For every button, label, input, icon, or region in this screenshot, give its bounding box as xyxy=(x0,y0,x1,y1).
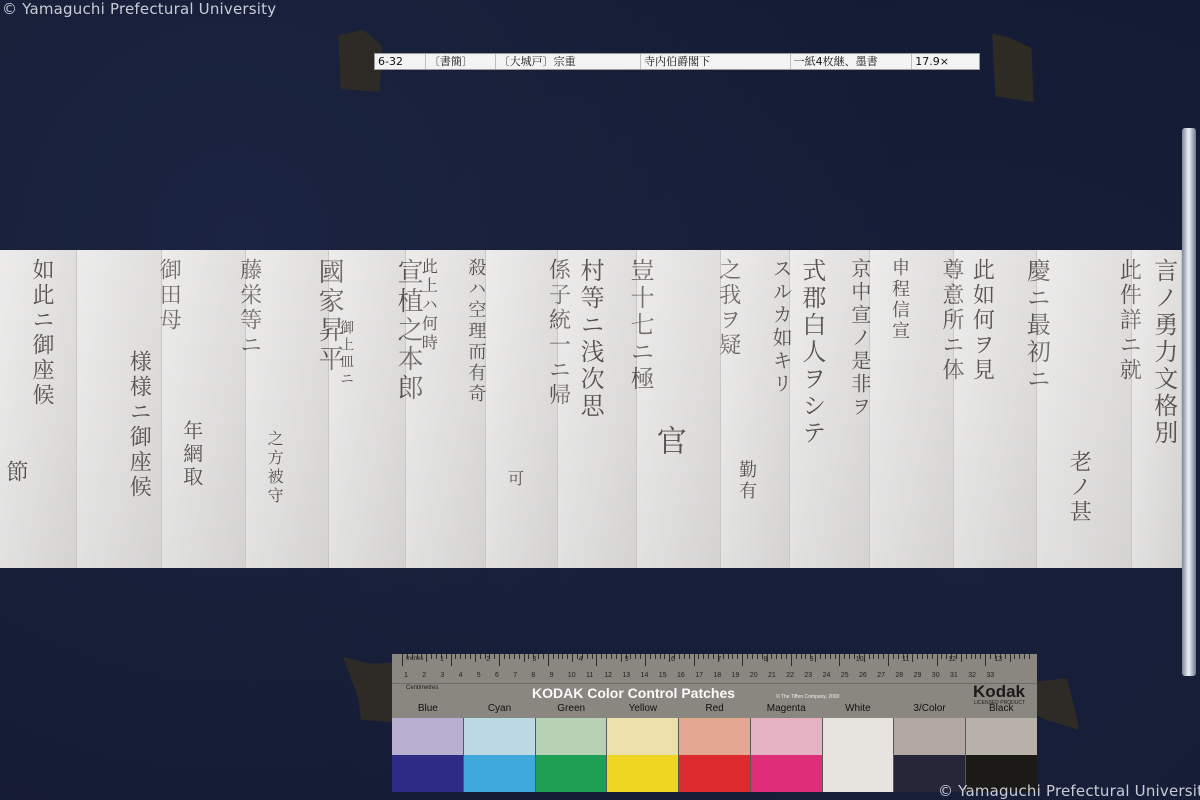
ruler-inch-number: 6 xyxy=(671,656,675,663)
ruler-tick xyxy=(694,654,695,666)
ruler-cm-number: 16 xyxy=(677,672,685,679)
patch-light xyxy=(894,718,965,755)
ruler-tick xyxy=(543,654,544,659)
ruler-tick xyxy=(975,654,976,659)
ruler-inch-number: 3 xyxy=(532,656,536,663)
patch-dark xyxy=(392,755,463,792)
ruler-cm-number: 33 xyxy=(986,672,994,679)
catalog-author: 〔大城戸〕宗重 xyxy=(495,54,641,69)
ruler-tick xyxy=(820,654,821,659)
ruler-tick xyxy=(898,654,899,659)
ruler-tick xyxy=(732,654,733,659)
ruler-cm-number: 11 xyxy=(586,672,593,679)
ruler-tick xyxy=(524,654,525,662)
scroll-panel: 御田母様様ニ御座候 xyxy=(77,250,161,568)
ruler-cm-number: 24 xyxy=(823,672,831,679)
scroll-panel: 如此ニ御座候節 xyxy=(0,250,77,568)
ruler-tick xyxy=(791,654,792,666)
patch-yellow xyxy=(606,718,678,792)
ruler-tick xyxy=(601,654,602,659)
ruler-tick xyxy=(839,654,840,666)
ruler-inch-number: 1 xyxy=(440,656,444,663)
ruler-tick xyxy=(616,654,617,659)
patch-black xyxy=(965,718,1037,792)
chart-copyright: © The Tiffen Company, 2000 xyxy=(776,694,839,700)
patch-dark xyxy=(751,755,822,792)
ruler-cm-number: 32 xyxy=(968,672,976,679)
ruler-inch-number: 13 xyxy=(994,656,1002,663)
scroll-panel: 殺ハ空理而有奇此上ハ何時 xyxy=(406,250,486,568)
ruler-tick xyxy=(835,654,836,659)
ruler-tick xyxy=(825,654,826,659)
ruler-tick xyxy=(480,654,481,659)
ruler-tick xyxy=(786,654,787,659)
ruler-tick xyxy=(514,654,515,659)
ruler-tick xyxy=(888,654,889,666)
ruler-tick xyxy=(504,654,505,659)
ruler-tick xyxy=(684,654,685,659)
ruler-tick xyxy=(499,654,500,666)
ruler-tick xyxy=(528,654,529,659)
calligraphy-letter-scroll: 如此ニ御座候節御田母様様ニ御座候藤栄等ニ年網取國家昇平之方被守宣植之本郎御上皿ニ… xyxy=(0,250,1182,568)
ruler-tick xyxy=(698,654,699,659)
ruler-tick xyxy=(737,654,738,659)
ruler-cm-number: 17 xyxy=(695,672,703,679)
ruler-tick xyxy=(645,654,646,666)
ruler-tick xyxy=(402,654,403,666)
ruler-tick xyxy=(664,654,665,659)
ruler-tick xyxy=(548,654,549,666)
ruler-tick xyxy=(650,654,651,659)
ruler-tick xyxy=(587,654,588,659)
calligraphy-column: スルカ如キリ xyxy=(771,258,791,396)
ruler-tick xyxy=(660,654,661,659)
ruler-cm-number: 10 xyxy=(568,672,576,679)
patch-label: Red xyxy=(679,703,751,717)
ruler-tick xyxy=(1014,654,1015,659)
ruler-tick xyxy=(849,654,850,659)
ruler-cm-label: Centimetres xyxy=(406,685,438,691)
patch-3-color xyxy=(893,718,965,792)
ruler-tick xyxy=(723,654,724,659)
ruler-tick xyxy=(869,654,870,659)
ruler-tick xyxy=(655,654,656,659)
calligraphy-column: 官 xyxy=(653,425,683,458)
catalog-dimensions: 17.9× xyxy=(911,54,979,69)
kodak-color-chart: Inches Centimetres 123456789101112131234… xyxy=(392,654,1037,792)
ruler-tick xyxy=(460,654,461,659)
ruler-cm-number: 23 xyxy=(804,672,812,679)
ruler-tick xyxy=(830,654,831,659)
ruler-inch-number: 10 xyxy=(856,656,864,663)
patch-label: Green xyxy=(535,703,607,717)
calligraphy-column: 老ノ甚 xyxy=(1067,450,1089,525)
patch-light xyxy=(966,718,1037,755)
patch-white xyxy=(822,718,894,792)
calligraphy-column: 如此ニ御座候 xyxy=(30,258,52,408)
patch-light xyxy=(392,718,463,755)
ruler-tick xyxy=(509,654,510,659)
scroll-panel: 此件詳ニ就老ノ甚 xyxy=(1037,250,1131,568)
calligraphy-column: 勤有 xyxy=(737,460,755,502)
ruler-tick xyxy=(980,654,981,659)
patch-dark xyxy=(607,755,678,792)
calligraphy-column: 可 xyxy=(506,470,522,489)
kodak-logo: Kodak xyxy=(973,682,1025,702)
scroll-panel: 藤栄等ニ年網取 xyxy=(162,250,246,568)
ruler-cm-number: 20 xyxy=(750,672,758,679)
ruler-tick xyxy=(1019,654,1020,659)
ruler-cm-number: 30 xyxy=(932,672,940,679)
ruler-cm-number: 27 xyxy=(877,672,885,679)
ruler-inch-number: 9 xyxy=(810,656,814,663)
patch-light xyxy=(751,718,822,755)
ruler-tick xyxy=(961,654,962,662)
ruler-tick xyxy=(611,654,612,659)
patch-red xyxy=(678,718,750,792)
ruler-tick xyxy=(912,654,913,662)
ruler-tick xyxy=(781,654,782,659)
ruler-tick xyxy=(679,654,680,659)
ruler-tick xyxy=(421,654,422,659)
ruler-inch-number: 8 xyxy=(763,656,767,663)
ruler-tick xyxy=(1010,654,1011,662)
ruler-tick xyxy=(630,654,631,659)
scroll-panel: 京中宣ノ是非ヲ式郡白人ヲシテ xyxy=(790,250,870,568)
catalog-type: 〔書簡〕 xyxy=(425,54,495,69)
ruler-tick xyxy=(878,654,879,659)
ruler-cm-number: 8 xyxy=(531,672,535,679)
ruler-tick xyxy=(567,654,568,659)
calligraphy-column: 申程信宣 xyxy=(890,258,908,342)
ruler-inch-number: 7 xyxy=(717,656,721,663)
ruler-tick xyxy=(436,654,437,659)
patch-dark xyxy=(679,755,750,792)
scroll-rod xyxy=(1182,128,1196,676)
ruler-tick xyxy=(713,654,714,659)
patch-green xyxy=(535,718,607,792)
ruler-tick xyxy=(966,654,967,659)
ruler-tick xyxy=(519,654,520,659)
ruler-cm-number: 31 xyxy=(950,672,958,679)
scroll-panel: スルカ如キリ勤有 xyxy=(721,250,790,568)
calligraphy-column: 此如何ヲ見 xyxy=(970,258,992,383)
ruler-inch-number: 2 xyxy=(486,656,490,663)
catalog-id: 6-32 xyxy=(375,54,425,69)
ruler-tick xyxy=(689,654,690,659)
patch-label: Magenta xyxy=(750,703,822,717)
patch-dark xyxy=(536,755,607,792)
ruler-tick xyxy=(606,654,607,659)
ruler-tick xyxy=(455,654,456,659)
ruler-tick xyxy=(805,654,806,659)
tape-top-right xyxy=(990,30,1036,102)
patch-light xyxy=(464,718,535,755)
calligraphy-column: 節 xyxy=(4,460,26,485)
ruler-tick xyxy=(742,654,743,666)
ruler-tick xyxy=(985,654,986,666)
ruler-cm-number: 29 xyxy=(914,672,922,679)
ruler-tick xyxy=(941,654,942,659)
catalog-recipient: 寺内伯爵閣下 xyxy=(640,54,790,69)
ruler-cm-number: 12 xyxy=(604,672,612,679)
patch-light xyxy=(536,718,607,755)
ruler-tick xyxy=(796,654,797,659)
ruler-cm-number: 28 xyxy=(895,672,903,679)
ruler-tick xyxy=(572,654,573,662)
ruler-tick xyxy=(937,654,938,666)
ruler-cm-number: 25 xyxy=(841,672,849,679)
calligraphy-column: 殺ハ空理而有奇 xyxy=(466,258,484,405)
scroll-panel: 言ノ勇力文格別 xyxy=(1132,250,1182,568)
ruler-tick xyxy=(562,654,563,659)
ruler-cm-number: 9 xyxy=(550,672,554,679)
scroll-panel: 官之我ヲ疑 xyxy=(637,250,721,568)
scroll-panel: 慶ニ最初ニ此如何ヲ見 xyxy=(954,250,1037,568)
ruler-tick xyxy=(553,654,554,659)
catalog-label-strip: 6-32 〔書簡〕 〔大城戸〕宗重 寺内伯爵閣下 一紙4枚継、墨書 17.9× xyxy=(374,53,980,70)
ruler-tick xyxy=(470,654,471,659)
ruler-tick xyxy=(771,654,772,659)
ruler-cm-number: 2 xyxy=(422,672,426,679)
calligraphy-column: 村等ニ浅次思 xyxy=(578,258,602,420)
ruler-tick xyxy=(757,654,758,659)
calligraphy-column: 様様ニ御座候 xyxy=(127,350,149,500)
ruler-tick xyxy=(956,654,957,659)
ruler-tick xyxy=(752,654,753,659)
ruler-cm-number: 3 xyxy=(440,672,444,679)
ruler-tick xyxy=(592,654,593,659)
copyright-watermark-top: © Yamaguchi Prefectural University xyxy=(2,0,276,18)
ruler: Inches Centimetres 123456789101112131234… xyxy=(392,654,1037,684)
ruler-tick xyxy=(475,654,476,662)
ruler-tick xyxy=(407,654,408,659)
patch-label: Black xyxy=(965,703,1037,717)
ruler-tick xyxy=(558,654,559,659)
ruler-tick xyxy=(844,654,845,659)
patch-cyan xyxy=(463,718,535,792)
scroll-panel: 豈十七ニ極村等ニ浅次思 xyxy=(558,250,637,568)
patch-light xyxy=(679,718,750,755)
ruler-tick xyxy=(451,654,452,666)
ruler-cm-number: 26 xyxy=(859,672,867,679)
ruler-cm-number: 6 xyxy=(495,672,499,679)
ruler-tick xyxy=(728,654,729,659)
calligraphy-column: 御上皿ニ xyxy=(339,320,353,388)
ruler-tick xyxy=(1029,654,1030,659)
ruler-tick xyxy=(538,654,539,659)
calligraphy-column: 言ノ勇力文格別 xyxy=(1152,258,1176,447)
ruler-cm-number: 15 xyxy=(659,672,667,679)
ruler-tick xyxy=(431,654,432,659)
ruler-tick xyxy=(776,654,777,659)
ruler-inch-number: 5 xyxy=(625,656,629,663)
ruler-tick xyxy=(922,654,923,659)
ruler-inch-number: 11 xyxy=(902,656,909,663)
ruler-tick xyxy=(801,654,802,659)
ruler-cm-number: 19 xyxy=(732,672,740,679)
ruler-tick xyxy=(864,654,865,662)
ruler-tick xyxy=(932,654,933,659)
patch-light xyxy=(823,718,894,755)
ruler-tick xyxy=(815,654,816,662)
ruler-tick xyxy=(635,654,636,659)
chart-title: KODAK Color Control Patches xyxy=(532,685,735,701)
copyright-watermark-bottom: © Yamaguchi Prefectural University xyxy=(938,782,1200,800)
ruler-cm-number: 18 xyxy=(713,672,721,679)
scroll-panel: 宣植之本郎御上皿ニ xyxy=(329,250,406,568)
patch-labels: Blue Cyan Green Yellow Red Magenta White… xyxy=(392,703,1037,717)
ruler-tick xyxy=(971,654,972,659)
ruler-tick xyxy=(465,654,466,659)
calligraphy-column: 之方被守 xyxy=(266,430,282,506)
patch-dark xyxy=(464,755,535,792)
ruler-tick xyxy=(893,654,894,659)
ruler-tick xyxy=(417,654,418,659)
ruler-tick xyxy=(412,654,413,659)
ruler-cm-number: 13 xyxy=(622,672,630,679)
calligraphy-column: 年網取 xyxy=(182,420,202,489)
ruler-cm-number: 21 xyxy=(768,672,776,679)
ruler-tick xyxy=(494,654,495,659)
catalog-format: 一紙4枚継、墨書 xyxy=(790,54,912,69)
ruler-tick xyxy=(426,654,427,662)
ruler-tick xyxy=(990,654,991,659)
ruler-inch-number: 4 xyxy=(579,656,583,663)
patch-blue xyxy=(392,718,463,792)
ruler-tick xyxy=(621,654,622,662)
scroll-panel: 國家昇平之方被守 xyxy=(246,250,329,568)
ruler-cm-number: 22 xyxy=(786,672,794,679)
color-patches xyxy=(392,718,1037,792)
ruler-tick xyxy=(927,654,928,659)
ruler-tick xyxy=(446,654,447,659)
patch-light xyxy=(607,718,678,755)
patch-label: Blue xyxy=(392,703,464,717)
calligraphy-column: 此上ハ何時 xyxy=(420,258,436,353)
patch-label: White xyxy=(822,703,894,717)
ruler-cm-number: 5 xyxy=(477,672,481,679)
patch-label: Cyan xyxy=(464,703,536,717)
ruler-tick xyxy=(708,654,709,659)
patch-magenta xyxy=(750,718,822,792)
ruler-cm-number: 7 xyxy=(513,672,517,679)
ruler-tick xyxy=(596,654,597,666)
scroll-panel: 係子統一ニ帰可 xyxy=(486,250,558,568)
ruler-cm-number: 14 xyxy=(641,672,649,679)
calligraphy-column: 京中宣ノ是非ヲ xyxy=(850,258,870,419)
ruler-tick xyxy=(946,654,947,659)
ruler-cm-number: 1 xyxy=(404,672,408,679)
ruler-tick xyxy=(1024,654,1025,659)
ruler-tick xyxy=(873,654,874,659)
calligraphy-column: 式郡白人ヲシテ xyxy=(800,258,824,447)
ruler-tick xyxy=(747,654,748,659)
ruler-tick xyxy=(640,654,641,659)
ruler-tick xyxy=(703,654,704,659)
scroll-panel: 尊意所ニ体申程信宣 xyxy=(870,250,954,568)
patch-dark xyxy=(823,755,894,792)
ruler-inch-number: 12 xyxy=(948,656,956,663)
patch-label: 3/Color xyxy=(894,703,966,717)
patch-label: Yellow xyxy=(607,703,679,717)
ruler-tick xyxy=(917,654,918,659)
ruler-tick xyxy=(883,654,884,659)
ruler-tick xyxy=(1005,654,1006,659)
ruler-cm-number: 4 xyxy=(459,672,463,679)
